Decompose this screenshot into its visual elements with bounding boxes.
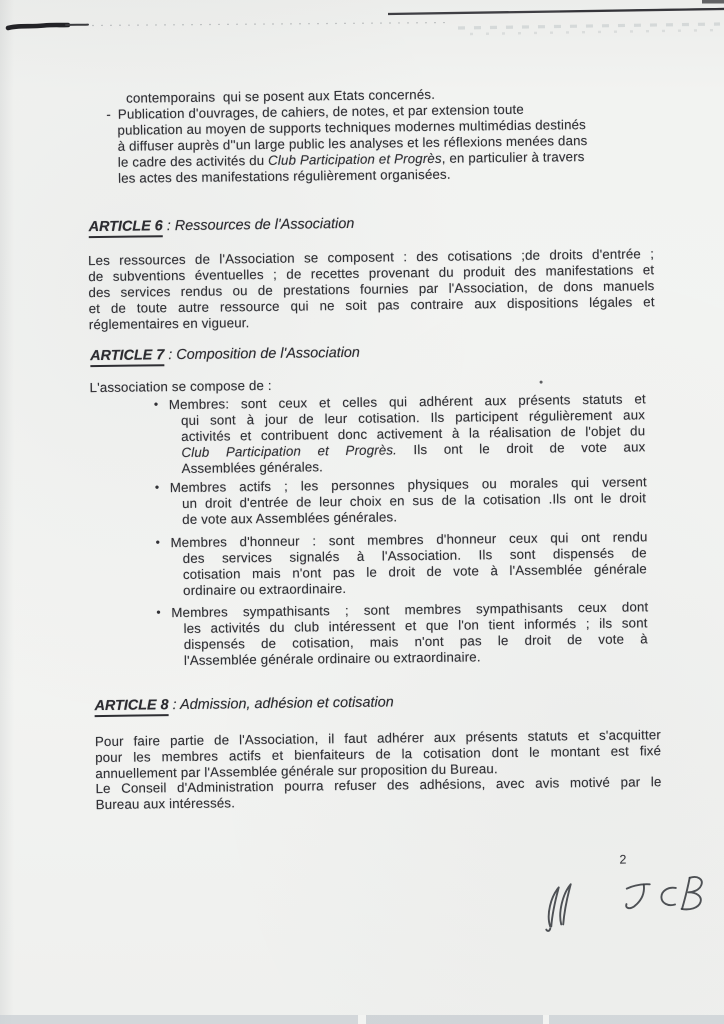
article7-heading-title: Composition de l'Association (176, 345, 360, 363)
scan-ink-dot (540, 381, 543, 384)
bullet2-line-3: de vote aux Assemblées générales. (182, 509, 397, 527)
article6-heading-label: ARTICLE 6 (89, 218, 163, 238)
list-dash-marker: - (106, 107, 111, 122)
intro-line-5-pre: le cadre des activités du (118, 153, 268, 170)
club-name-italic: Club Participation et Progrès (268, 151, 442, 168)
handwritten-paraph (541, 876, 587, 935)
bullet-marker: • (155, 535, 160, 549)
document-sheet: contemporains qui se posent aux Etats co… (0, 0, 724, 1024)
article6-heading-sep: : (163, 218, 175, 234)
club-name-italic: Club Participation et Progrès. (181, 442, 397, 460)
bullet-marker: • (154, 397, 159, 411)
article6-para-line-5: réglementaires en vigueur. (89, 315, 250, 332)
initial-J-bar (627, 884, 650, 888)
article7-heading-label: ARTICLE 7 (90, 347, 164, 367)
paraph-stroke-1 (548, 887, 559, 926)
initial-C (661, 888, 676, 906)
paraph-stroke-2 (560, 884, 571, 924)
bullet1-line-4-rest: Ils ont le droit de vote aux (397, 439, 646, 457)
article7-heading: ARTICLE 7 : Composition de l'Association (90, 345, 360, 364)
intro-line-6: les actes des manifestations régulièreme… (118, 167, 451, 186)
bullet4-line-4: l'Assemblée générale ordinaire ou extrao… (184, 649, 481, 668)
article8-heading-sep: : (169, 697, 181, 713)
article7-heading-sep: : (164, 347, 176, 363)
bullet1-line-5: Assemblées générales. (182, 459, 324, 476)
scan-artifact-bottom-band (0, 1015, 724, 1024)
bullet-marker: • (155, 480, 160, 494)
article8-heading-title: Admission, adhésion et cotisation (180, 694, 394, 713)
handwritten-initials (613, 869, 714, 922)
page-number: 2 (619, 853, 626, 867)
article8-heading-label: ARTICLE 8 (94, 697, 168, 717)
bullet-marker: • (156, 605, 161, 619)
intro-line-5-post: , en particulier à travers (442, 149, 585, 166)
bullet3-line-4: ordinaire ou extraordinaire. (183, 581, 346, 598)
scanned-document-page: { "colors": { "paper": "#f2f3f1", "ink":… (0, 0, 724, 1024)
article8-heading: ARTICLE 8 : Admission, adhésion et cotis… (94, 694, 393, 714)
article8-para-line-5: Bureau aux intéressés. (96, 795, 235, 812)
initial-B-stem (682, 878, 690, 909)
paraph-hook (546, 929, 550, 931)
article6-heading: ARTICLE 6 : Ressources de l'Association (89, 216, 355, 235)
initial-B-bowls (681, 877, 702, 909)
article6-heading-title: Ressources de l'Association (175, 216, 355, 234)
article7-lead: L'association se compose de : (90, 378, 272, 395)
